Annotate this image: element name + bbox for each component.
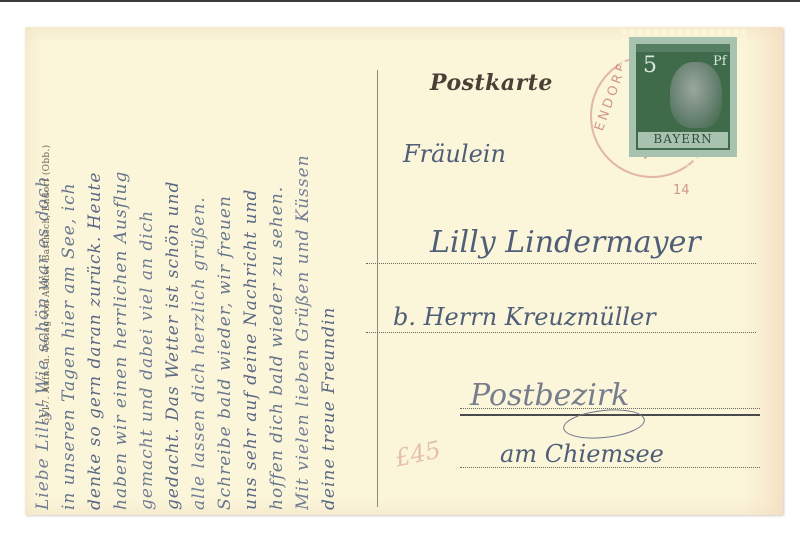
printer-imprint: 5517. Aufn. u. Verlag von Atelier Barths… (42, 99, 56, 469)
address-line-2: b. Herrn Kreuzmüller (393, 303, 656, 331)
message-text-rotated: Liebe Lilly! Wie schön war es doch in un… (30, 32, 372, 510)
message-line: gedacht. Das Wetter ist schön und (160, 32, 186, 510)
scan-top-edge (0, 0, 800, 2)
message-line: denke so gern daran zurück. Heute (82, 32, 108, 510)
address-line-2-rule (366, 332, 756, 333)
message-line: Schreibe bald wieder, wir freuen (212, 32, 238, 510)
message-area: Liebe Lilly! Wie schön war es doch in un… (30, 32, 372, 510)
message-line: deine treue Freundin (316, 32, 342, 510)
message-line: in unseren Tagen hier am See, ich (56, 32, 82, 510)
address-salutation: Fräulein (403, 140, 506, 168)
stamp-top-band (636, 44, 730, 52)
address-line-1: Lilly Lindermayer (430, 225, 701, 260)
message-line: gemacht und dabei viel an dich (134, 32, 160, 510)
age-stain (743, 27, 783, 515)
message-line: alle lassen dich herzlich grüßen. (186, 32, 212, 510)
postmark-date: 14 (673, 183, 690, 198)
address-line-3-crossed: Postbezirk (470, 378, 629, 413)
stamp-unit: Pf (713, 54, 727, 69)
postkarte-title: Postkarte (430, 70, 553, 96)
message-line: hoffen dich bald wieder zu sehen. (264, 32, 290, 510)
stamp-country: BAYERN (638, 132, 728, 146)
message-line: uns sehr auf deine Nachricht und (238, 32, 264, 510)
stamp-value: 5 (643, 53, 657, 78)
address-line-1-rule (366, 263, 756, 264)
message-line: Mit vielen lieben Grüßen und Küssen (290, 32, 316, 510)
address-line-4: am Chiemsee (500, 440, 664, 468)
king-portrait-icon (670, 62, 722, 128)
message-line: haben wir einen herrlichen Ausflug (108, 32, 134, 510)
center-divider-line (377, 70, 378, 507)
